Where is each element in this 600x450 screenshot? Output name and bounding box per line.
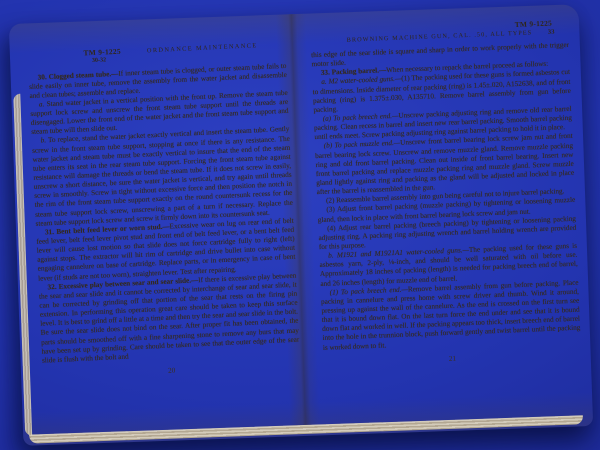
photo-background: TM 9-1225ORDNANCE MAINTENANCE 30-32 30. … xyxy=(0,0,600,450)
para-33a-3-lead: (3) xyxy=(326,206,337,214)
right-section-number: 33 xyxy=(548,28,555,35)
right-running-head: TM 9-1225 BROWNING MACHINE GUN, CAL. .50… xyxy=(310,18,568,45)
para-33b-1: (1) To pack breech end.—Remove barrel as… xyxy=(321,278,581,352)
open-book: TM 9-1225ORDNANCE MAINTENANCE 30-32 30. … xyxy=(9,4,593,446)
left-page: TM 9-1225ORDNANCE MAINTENANCE 30-32 30. … xyxy=(27,39,303,437)
para-32-excessive-play: 32. Excessive play between sear and sear… xyxy=(38,271,300,365)
page-edge-stack-left xyxy=(13,94,32,436)
para-30b: b. To replace, stand the water jacket ex… xyxy=(31,125,293,228)
left-tm-number: TM 9-1225 xyxy=(83,47,121,58)
left-page-body: 30. Clogged steam tube.—If inner steam t… xyxy=(28,61,299,365)
para-33a-4-lead: (4) xyxy=(327,224,338,232)
right-page-body: this edge of the sear slide is square an… xyxy=(311,41,581,353)
right-tm-number: TM 9-1225 xyxy=(515,19,553,29)
right-page: TM 9-1225 BROWNING MACHINE GUN, CAL. .50… xyxy=(310,18,584,430)
para-30b-text: To replace, stand the water jacket exact… xyxy=(32,125,293,227)
para-33a-2-lead: (2) xyxy=(326,197,337,205)
right-page-number: 21 xyxy=(323,348,581,367)
